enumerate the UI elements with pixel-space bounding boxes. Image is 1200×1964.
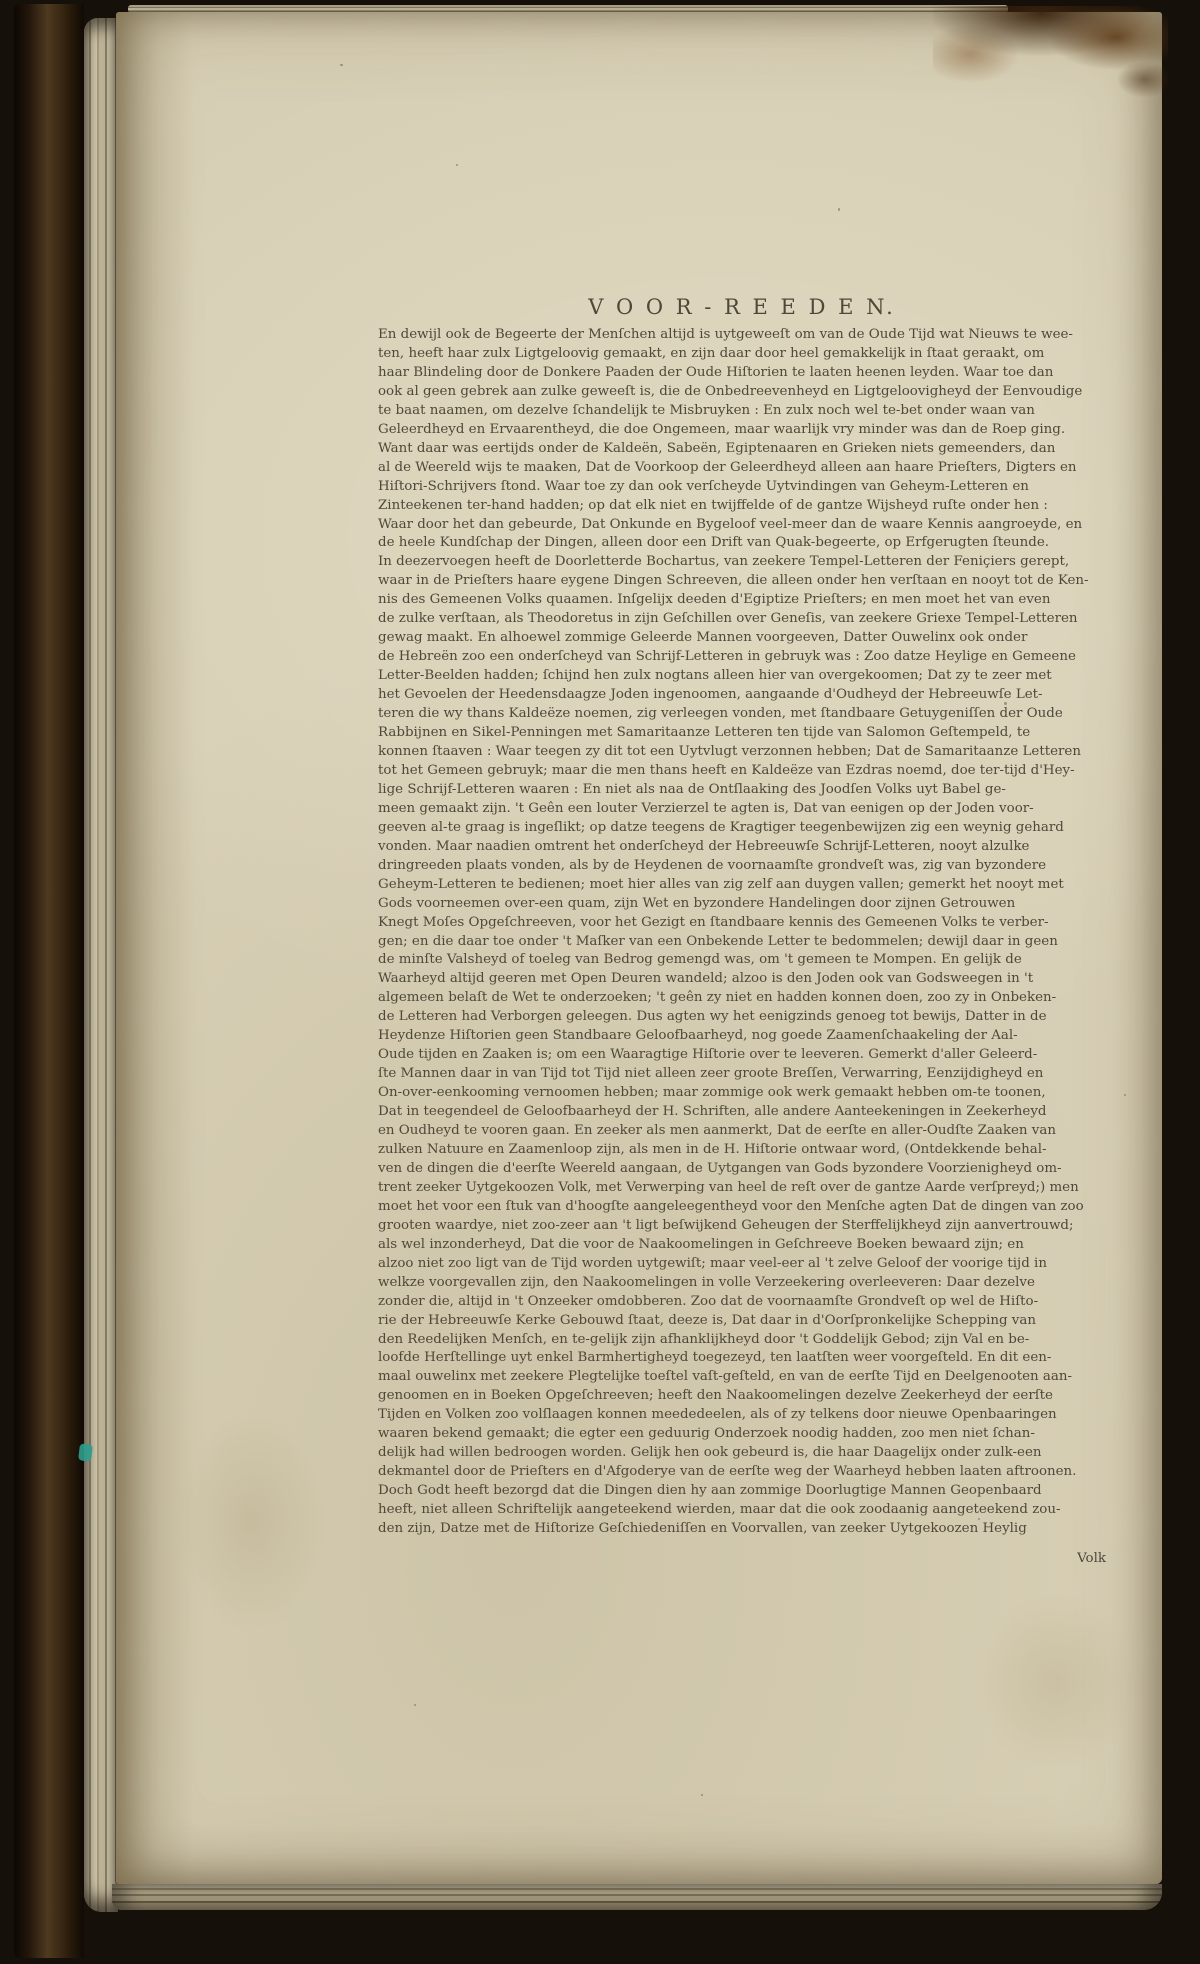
text-line: lige Schrijf-Letteren waaren : En niet a… <box>378 781 1106 800</box>
text-line: Waarheyd altijd geeren met Open Deuren w… <box>378 970 1106 989</box>
text-line: alzoo niet zoo ligt van de Tijd worden u… <box>378 1255 1106 1274</box>
text-line: trent zeeker Uytgekoozen Volk, met Verwe… <box>378 1179 1106 1198</box>
text-line: al de Weereld wijs te maaken, Dat de Voo… <box>378 459 1106 478</box>
book-spine <box>14 4 84 1958</box>
text-line: dekmantel door de Prieſters en d'Afgoder… <box>378 1463 1106 1482</box>
text-line: Dat in teegendeel de Geloofbaarheyd der … <box>378 1103 1106 1122</box>
text-line: ten, heeft haar zulx Ligtgeloovig gemaak… <box>378 345 1106 364</box>
speck <box>701 1794 703 1796</box>
text-line: den Reedelijken Menſch, en te-gelijk zij… <box>378 1331 1106 1350</box>
speck <box>340 64 343 66</box>
teal-mark <box>78 1443 93 1461</box>
text-line: gewag maakt. En alhoewel zommige Geleerd… <box>378 629 1106 648</box>
text-line: rie der Hebreeuwſe Kerke Gebouwd ſtaat, … <box>378 1312 1106 1331</box>
paper-blotch <box>976 1592 1136 1772</box>
speck <box>978 1518 980 1520</box>
text-line: Want daar was eertijds onder de Kaldeën,… <box>378 440 1106 459</box>
text-line: de zulke verſtaan, als Theodoretus in zi… <box>378 610 1106 629</box>
text-line: Knegt Moſes Opgeſchreeven, voor het Gezi… <box>378 914 1106 933</box>
text-line: genoomen en in Boeken Opgeſchreeven; hee… <box>378 1387 1106 1406</box>
text-line: En dewijl ook de Begeerte der Menſchen a… <box>378 326 1106 345</box>
text-line: Waar door het dan gebeurde, Dat Onkunde … <box>378 516 1106 535</box>
text-line: ook al geen gebrek aan zulke geweeſt is,… <box>378 383 1106 402</box>
text-line: Gods voorneemen over-een quam, zijn Wet … <box>378 895 1106 914</box>
text-line: geeven al-te graag is ingeſlikt; op datz… <box>378 819 1106 838</box>
text-line: loofde Herſtellinge uyt enkel Barmhertig… <box>378 1349 1106 1368</box>
speck <box>1004 702 1007 705</box>
text-line: welkze voorgevallen zijn, den Naakoomeli… <box>378 1274 1106 1293</box>
text-line: den zijn, Datze met de Hiſtorize Geſchie… <box>378 1520 1106 1539</box>
text-line: zulken Natuure en Zaamenloop zijn, als m… <box>378 1141 1106 1160</box>
text-line: de heele Kundſchap der Dingen, alleen do… <box>378 534 1106 553</box>
text-line: Letter-Beelden hadden; ſchijnd hen zulx … <box>378 667 1106 686</box>
gutter-shadow <box>116 12 194 1884</box>
text-line: teren die wy thans Kaldeëze noemen, zig … <box>378 705 1106 724</box>
text-line: Heydenze Hiſtorien geen Standbaare Geloo… <box>378 1027 1106 1046</box>
text-line: grooten waardye, niet zoo-zeer aan 't li… <box>378 1217 1106 1236</box>
text-line: meen gemaakt zijn. 't Geên een louter Ve… <box>378 800 1106 819</box>
text-line: te baat naamen, om dezelve ſchandelijk t… <box>378 402 1106 421</box>
catchword: Volk <box>378 1549 1106 1568</box>
text-line: tot het Gemeen gebruyk; maar die men tha… <box>378 762 1106 781</box>
text-line: Tijden en Volken zoo volſlaagen konnen m… <box>378 1406 1106 1425</box>
text-line: Geleerdheyd en Ervaarentheyd, die doe On… <box>378 421 1106 440</box>
text-line: konnen ſtaaven : Waar teegen zy dit tot … <box>378 743 1106 762</box>
text-line: In deezervoegen heeft de Doorletterde Bo… <box>378 553 1106 572</box>
paper-blotch <box>176 1412 326 1632</box>
text-line: waar in de Prieſters haare eygene Dingen… <box>378 572 1106 591</box>
text-line: als wel inzonderheyd, Dat die voor de Na… <box>378 1236 1106 1255</box>
text-line: Doch Godt heeft bezorgd dat die Dingen d… <box>378 1482 1106 1501</box>
text-line: dringreeden plaats vonden, als by de Hey… <box>378 857 1106 876</box>
speck <box>838 208 840 211</box>
text-line: maal ouwelinx met zeekere Plegtelijke to… <box>378 1368 1106 1387</box>
text-line: Geheym-Letteren te bedienen; moet hier a… <box>378 876 1106 895</box>
text-line: Oude tijden en Zaaken is; om een Waaragt… <box>378 1046 1106 1065</box>
text-line: heeft, niet alleen Schriftelijk aangetee… <box>378 1501 1106 1520</box>
text-line: On-over-eenkooming vernoomen hebben; maa… <box>378 1084 1106 1103</box>
text-line: vonden. Maar naadien omtrent het onderſc… <box>378 838 1106 857</box>
book-photo: V O O R - R E E D E N. En dewijl ook de … <box>0 0 1200 1964</box>
speck <box>414 1704 416 1706</box>
text-line: de Hebreën zoo een onderſcheyd van Schri… <box>378 648 1106 667</box>
text-line: en Oudheyd te vooren gaan. En zeeker als… <box>378 1122 1106 1141</box>
text-line: algemeen belaſt de Wet te onderzoeken; '… <box>378 989 1106 1008</box>
page-edges-left <box>84 18 118 1912</box>
text-line: nis des Gemeenen Volks quaamen. Inſgelij… <box>378 591 1106 610</box>
page-edges-bottom <box>112 1884 1162 1910</box>
speck <box>456 164 458 166</box>
text-line: moet het voor een ſtuk van d'hoogſte aan… <box>378 1198 1106 1217</box>
text-line: Rabbijnen en Sikel-Penningen met Samarit… <box>378 724 1106 743</box>
stain-top-right <box>933 6 1168 98</box>
text-line: delijk had willen bedroogen worden. Geli… <box>378 1444 1106 1463</box>
text-line: ven de dingen die d'eerſte Weereld aanga… <box>378 1160 1106 1179</box>
text-line: ſte Mannen daar in van Tijd tot Tijd nie… <box>378 1065 1106 1084</box>
text-line: de minſte Valsheyd of toeleg van Bedrog … <box>378 951 1106 970</box>
text-line: zonder die, altijd in 't Onzeeker omdobb… <box>378 1293 1106 1312</box>
speck <box>1124 1094 1126 1096</box>
text-line: de Letteren had Verborgen geleegen. Dus … <box>378 1008 1106 1027</box>
text-line: haar Blindeling door de Donkere Paaden d… <box>378 364 1106 383</box>
body-text: En dewijl ook de Begeerte der Menſchen a… <box>378 326 1106 1539</box>
text-line: gen; en die daar toe onder 't Maſker van… <box>378 933 1106 952</box>
text-line: Hiſtori-Schrijvers ſtond. Waar toe zy da… <box>378 478 1106 497</box>
text-line: Zinteekenen ter-hand hadden; op dat elk … <box>378 497 1106 516</box>
book-page: V O O R - R E E D E N. En dewijl ook de … <box>116 12 1162 1884</box>
text-line: waaren bekend gemaakt; die egter een ged… <box>378 1425 1106 1444</box>
text-line: het Gevoelen der Heedensdaagze Joden ing… <box>378 686 1106 705</box>
page-title: V O O R - R E E D E N. <box>378 295 1106 319</box>
